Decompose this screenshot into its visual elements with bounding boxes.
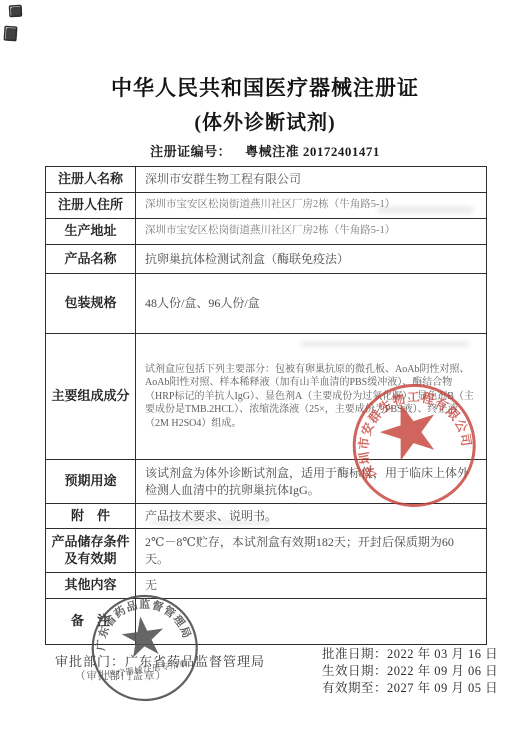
table-row: 生产地址 深圳市宝安区松岗街道燕川社区厂房2栋（牛角路5-1） xyxy=(46,219,486,245)
table-row: 备 注 xyxy=(46,599,486,644)
row-label: 预期用途 xyxy=(46,460,136,503)
registration-number-value: 粤械注准 20172401471 xyxy=(245,144,380,159)
row-label: 产品名称 xyxy=(46,245,136,273)
row-label: 其他内容 xyxy=(46,573,136,598)
scan-smudge xyxy=(150,520,270,525)
row-label: 备 注 xyxy=(46,599,136,644)
scan-smudge xyxy=(378,206,473,214)
row-label: 注册人住所 xyxy=(46,193,136,218)
row-label: 注册人名称 xyxy=(46,167,136,192)
row-content: 48人份/盒、96人份/盒 xyxy=(136,274,486,333)
row-label: 附 件 xyxy=(46,504,136,528)
row-content: 无 xyxy=(136,573,486,598)
page-subtitle: (体外诊断试剂) xyxy=(0,106,530,135)
row-content: 抗卵巢抗体检测试剂盒（酶联免疫法） xyxy=(136,245,486,273)
approval-stamp-note: （审批部门盖章） xyxy=(75,668,167,683)
registration-number-line: 注册证编号：粤械注准 20172401471 xyxy=(0,141,530,160)
row-content: 深圳市安群生物工程有限公司 xyxy=(136,167,486,192)
scan-artifact-mark xyxy=(9,5,23,18)
scan-smudge xyxy=(300,341,470,347)
table-row: 其他内容 无 xyxy=(46,573,486,599)
page-title: 中华人民共和国医疗器械注册证 xyxy=(0,72,530,102)
table-row: 产品储存条件 及有效期 2℃－8℃贮存，本试剂盒有效期182天；开封后保质期为6… xyxy=(46,529,486,573)
row-content: 试剂盒应包括下列主要部分：包被有卵巢抗原的微孔板、AoAb阴性对照、AoAb阳性… xyxy=(136,334,486,459)
row-label: 产品储存条件 及有效期 xyxy=(46,529,136,572)
registration-number-label: 注册证编号： xyxy=(150,144,231,159)
table-row: 产品名称 抗卵巢抗体检测试剂盒（酶联免疫法） xyxy=(46,245,486,274)
row-content: 深圳市宝安区松岗街道燕川社区厂房2栋（牛角路5-1） xyxy=(136,219,486,244)
approval-date-line: 批准日期：2022 年 03 月 16 日 xyxy=(322,646,498,663)
row-content xyxy=(136,599,486,644)
row-label: 包装规格 xyxy=(46,274,136,333)
effective-date-line: 生效日期：2022 年 09 月 06 日 xyxy=(322,663,498,680)
dates-block: 批准日期：2022 年 03 月 16 日 生效日期：2022 年 09 月 0… xyxy=(322,646,498,697)
scan-artifact-mark xyxy=(3,26,17,42)
row-content: 该试剂盒为体外诊断试剂盒，适用于酶标仪，用于临床上体外检测人血清中的抗卵巢抗体I… xyxy=(136,460,486,503)
row-label: 主要组成成分 xyxy=(46,334,136,459)
table-row: 预期用途 该试剂盒为体外诊断试剂盒，适用于酶标仪，用于临床上体外检测人血清中的抗… xyxy=(46,460,486,504)
certificate-page: 中华人民共和国医疗器械注册证 (体外诊断试剂) 注册证编号：粤械注准 20172… xyxy=(0,0,530,750)
table-row: 注册人名称 深圳市安群生物工程有限公司 xyxy=(46,167,486,193)
row-label: 生产地址 xyxy=(46,219,136,244)
certificate-table: 注册人名称 深圳市安群生物工程有限公司 注册人住所 深圳市宝安区松岗街道燕川社区… xyxy=(45,166,487,645)
row-content: 2℃－8℃贮存，本试剂盒有效期182天；开封后保质期为60天。 xyxy=(136,529,486,572)
expiry-date-line: 有效期至：2027 年 09 月 05 日 xyxy=(322,680,498,697)
table-row: 主要组成成分 试剂盒应包括下列主要部分：包被有卵巢抗原的微孔板、AoAb阴性对照… xyxy=(46,334,486,460)
table-row: 附 件 产品技术要求、说明书。 xyxy=(46,504,486,529)
table-row: 包装规格 48人份/盒、96人份/盒 xyxy=(46,274,486,334)
